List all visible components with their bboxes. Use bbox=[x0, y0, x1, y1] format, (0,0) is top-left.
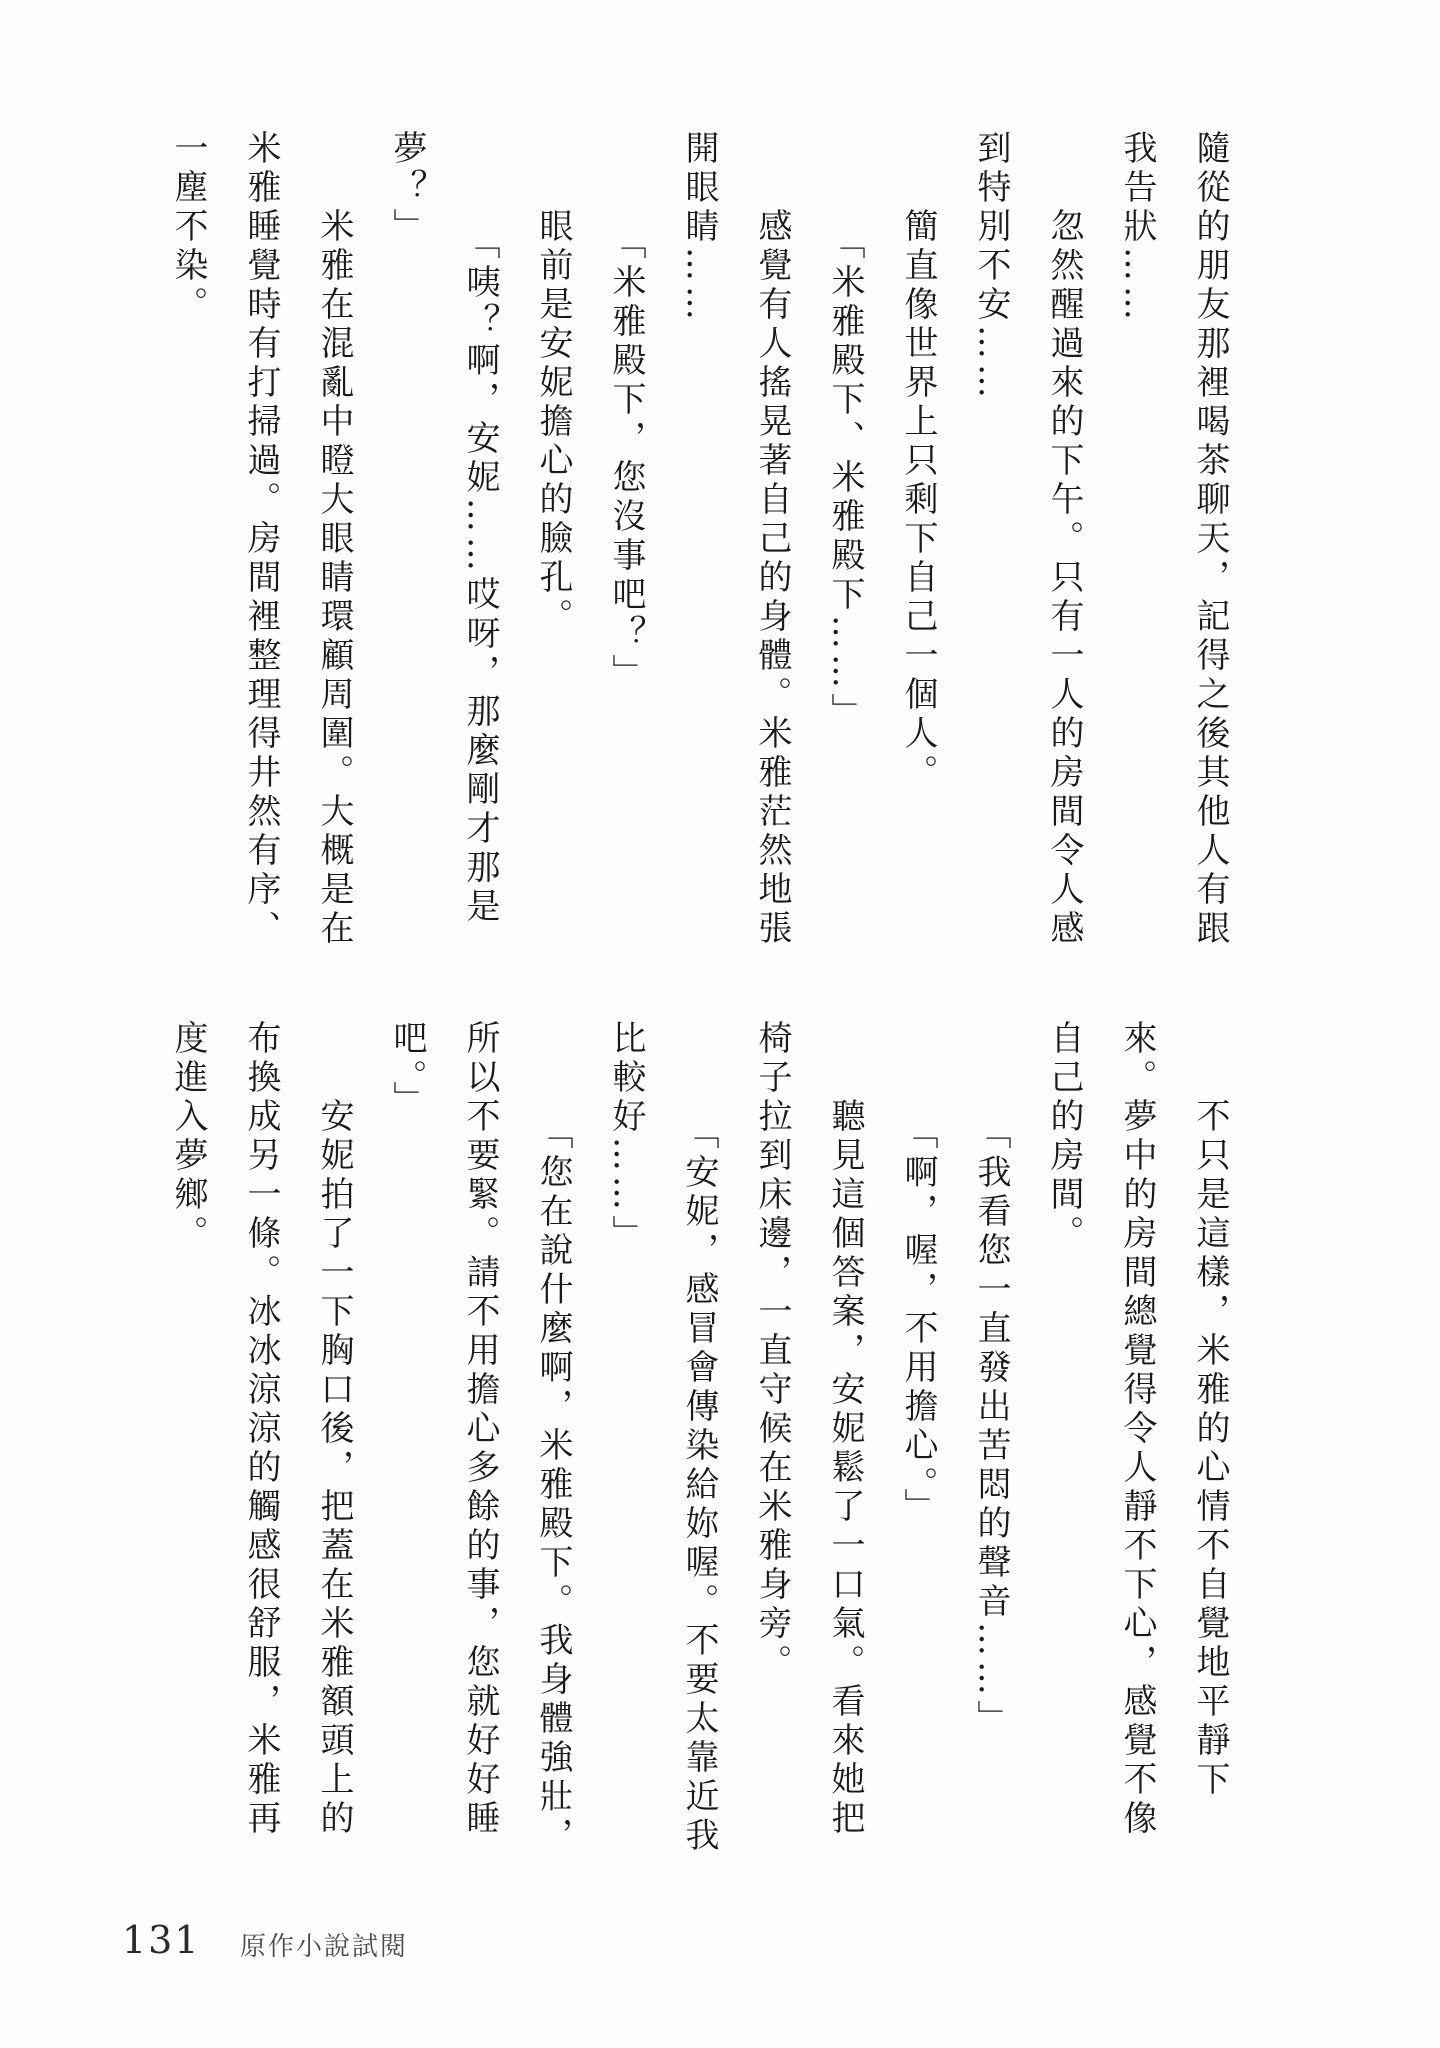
page-number: 131 bbox=[122, 1918, 201, 1962]
footer-label: 原作小說試閱 bbox=[240, 1926, 408, 1963]
text-column: 吧。」 bbox=[370, 1020, 443, 1840]
text-column-dialogue: 「啊，喔，不用擔心。」 bbox=[881, 1020, 954, 1840]
text-column: 比較好……」 bbox=[589, 1020, 662, 1840]
text-column-dialogue: 「咦？啊，安妮……哎呀，那麼剛才那是 bbox=[443, 130, 516, 950]
text-column: 開眼睛…… bbox=[662, 130, 735, 950]
text-column: 夢？」 bbox=[370, 130, 443, 950]
text-column: 聽見這個答案，安妮鬆了一口氣。看來她把 bbox=[808, 1020, 881, 1840]
text-column: 布換成另一條。冰冰涼涼的觸感很舒服，米雅再 bbox=[224, 1020, 297, 1840]
text-column: 簡直像世界上只剩下自己一個人。 bbox=[881, 130, 954, 950]
text-column: 不只是這樣，米雅的心情不自覺地平靜下 bbox=[1173, 1020, 1246, 1840]
text-column-dialogue: 「米雅殿下，您沒事吧？」 bbox=[589, 130, 662, 950]
text-column: 一塵不染。 bbox=[151, 130, 224, 950]
text-column: 感覺有人搖晃著自己的身體。米雅茫然地張 bbox=[735, 130, 808, 950]
text-column-dialogue: 「我看您一直發出苦悶的聲音……」 bbox=[954, 1020, 1027, 1840]
text-band-upper: 隨從的朋友那裡喝茶聊天，記得之後其他人有跟 我告狀…… 忽然醒過來的下午。只有一… bbox=[151, 130, 1246, 990]
text-column: 安妮拍了一下胸口後，把蓋在米雅額頭上的 bbox=[297, 1020, 370, 1840]
text-column: 隨從的朋友那裡喝茶聊天，記得之後其他人有跟 bbox=[1173, 130, 1246, 950]
text-band-lower: 不只是這樣，米雅的心情不自覺地平靜下 來。夢中的房間總覺得令人靜不下心，感覺不像… bbox=[151, 1020, 1246, 1880]
text-column: 來。夢中的房間總覺得令人靜不下心，感覺不像 bbox=[1100, 1020, 1173, 1840]
page-footer: 131 原作小說試閱 bbox=[0, 1918, 1440, 1968]
text-column: 米雅在混亂中瞪大眼睛環顧周圍。大概是在 bbox=[297, 130, 370, 950]
text-column-dialogue: 「您在說什麼啊，米雅殿下。我身體強壯， bbox=[516, 1020, 589, 1840]
text-column: 我告狀…… bbox=[1100, 130, 1173, 950]
novel-preview-page: 隨從的朋友那裡喝茶聊天，記得之後其他人有跟 我告狀…… 忽然醒過來的下午。只有一… bbox=[0, 0, 1440, 2048]
text-column: 度進入夢鄉。 bbox=[151, 1020, 224, 1840]
text-column: 忽然醒過來的下午。只有一人的房間令人感 bbox=[1027, 130, 1100, 950]
text-column: 眼前是安妮擔心的臉孔。 bbox=[516, 130, 589, 950]
text-column: 椅子拉到床邊，一直守候在米雅身旁。 bbox=[735, 1020, 808, 1840]
text-column: 所以不要緊。請不用擔心多餘的事，您就好好睡 bbox=[443, 1020, 516, 1840]
text-column: 米雅睡覺時有打掃過。房間裡整理得井然有序、 bbox=[224, 130, 297, 950]
text-column-dialogue: 「安妮，感冒會傳染給妳喔。不要太靠近我 bbox=[662, 1020, 735, 1840]
text-column: 自己的房間。 bbox=[1027, 1020, 1100, 1840]
text-column: 到特別不安…… bbox=[954, 130, 1027, 950]
text-column-dialogue: 「米雅殿下、米雅殿下……」 bbox=[808, 130, 881, 950]
